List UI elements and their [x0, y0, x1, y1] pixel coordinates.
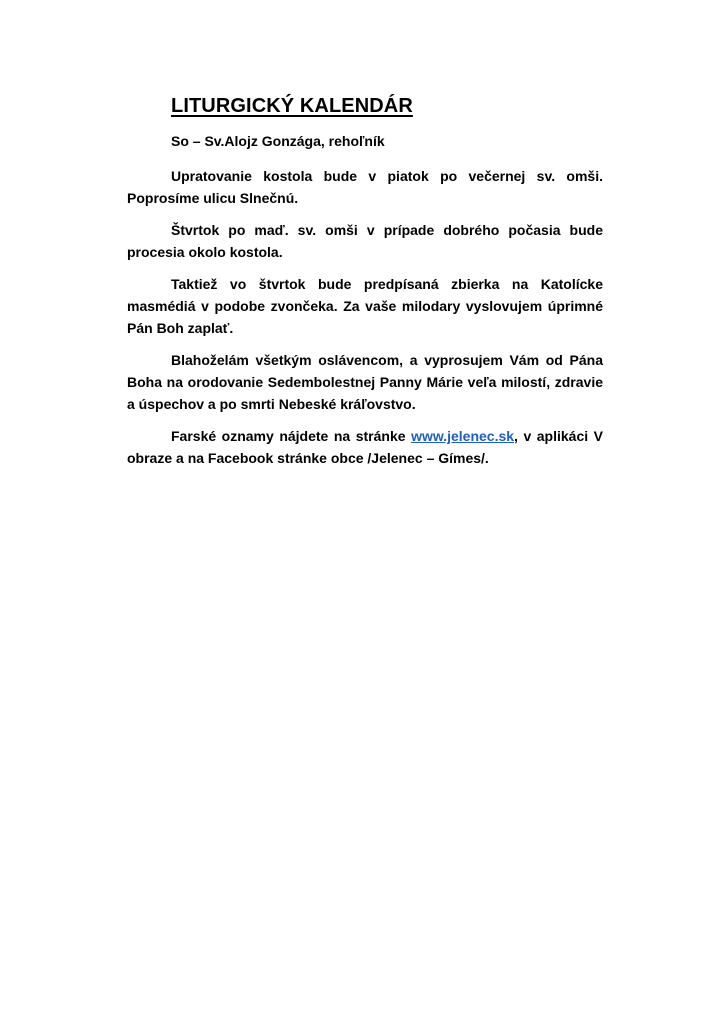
announcement-procession: Štvrtok po maď. sv. omši v prípade dobré…: [127, 219, 603, 263]
announcement-where-to-find: Farské oznamy nájdete na stránke www.jel…: [127, 425, 603, 469]
liturgical-day: So – Sv.Alojz Gonzága, rehoľník: [171, 131, 603, 151]
announcement-cleaning: Upratovanie kostola bude v piatok po več…: [127, 165, 603, 209]
announcement-collection: Taktiež vo štvrtok bude predpísaná zbier…: [127, 273, 603, 339]
announcement-congratulations: Blahoželám všetkým oslávencom, a vyprosu…: [127, 349, 603, 415]
page-title: LITURGICKÝ KALENDÁR: [171, 92, 603, 120]
where-to-find-text-start: Farské oznamy nájdete na stránke: [171, 428, 411, 444]
document-page: LITURGICKÝ KALENDÁR So – Sv.Alojz Gonzág…: [127, 92, 603, 469]
website-link[interactable]: www.jelenec.sk: [411, 428, 514, 444]
